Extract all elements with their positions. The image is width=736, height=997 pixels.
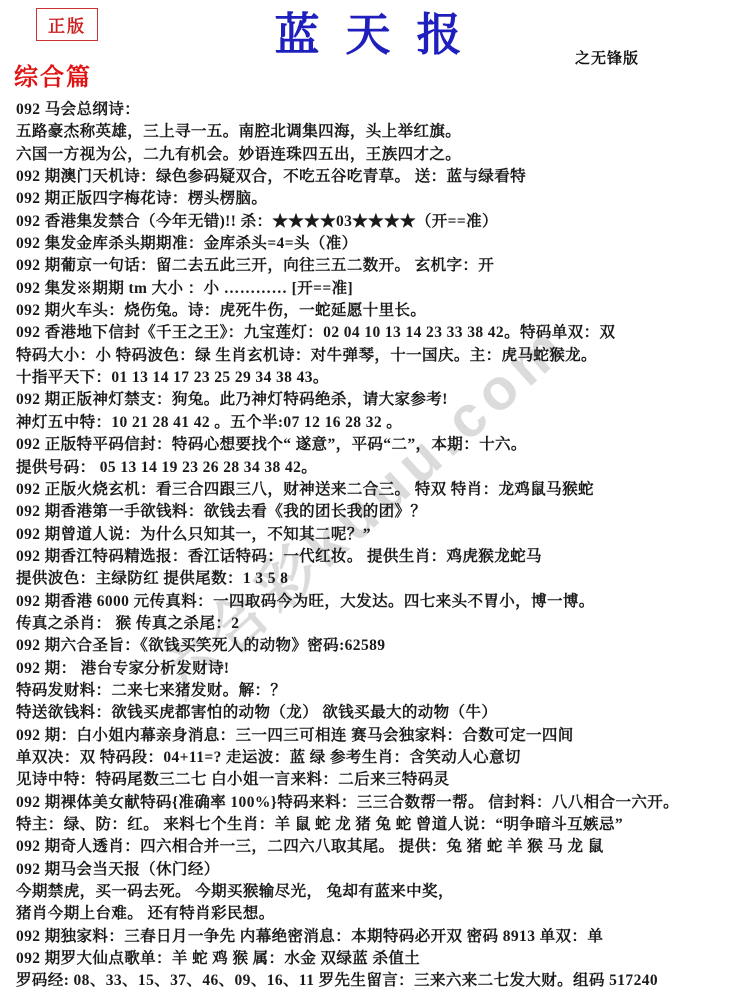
report-line: 092 马会总纲诗： <box>16 99 732 121</box>
report-line: 092 香港集发禁合（今年无错)!! 杀：★★★★03★★★★（开==准） <box>16 211 732 233</box>
report-line: 092 期裸体美女献特码{准确率 100%}特码来料：三三合数帮一帮。 信封料：… <box>16 792 732 814</box>
report-line: 罗码经: 08、33、15、37、46、09、16、11 罗先生留言：三来六来二… <box>16 970 732 992</box>
report-line: 五路豪杰称英雄，三上寻一五。南腔北调集四海，头上举红旗。 <box>16 121 732 143</box>
report-line: 092 期香港第一手欲钱料：欲钱去看《我的团长我的团》？ <box>16 501 732 523</box>
report-line: 092 期独家料：三春日月一争先 内幕绝密消息：本期特码必开双 密码 8913 … <box>16 926 732 948</box>
report-line: 见诗中特：特码尾数三二七 白小姐一言来料：二后来三特码灵 <box>16 769 732 791</box>
report-line: 特主：绿、防：红。 来料七个生肖：羊 鼠 蛇 龙 猪 兔 蛇 曾道人说：“明争暗… <box>16 814 732 836</box>
report-line: 092 集发※期期 tm 大小 ：小 ………… [开==准] <box>16 278 732 300</box>
report-line: 猪肖今期上台难。 还有特肖彩民想。 <box>16 903 732 925</box>
report-line: 提供号码： 05 13 14 19 23 26 28 34 38 42。 <box>16 457 732 479</box>
report-line: 092 期澳门天机诗：绿色参码疑双合，不吃五谷吃青草。 送：蓝与绿看特 <box>16 166 732 188</box>
report-line: 提供波色：主绿防红 提供尾数：1 3 5 8 <box>16 568 732 590</box>
report-line: 092 期火车头：烧伤兔。诗：虎死牛伤，一蛇延愿十里长。 <box>16 300 732 322</box>
section-heading: 综合篇 <box>14 57 92 92</box>
report-line: 092 期曾道人说：为什么只知其一，不知其二呢？” <box>16 524 732 546</box>
report-line: 特码大小：小 特码波色：绿 生肖玄机诗：对牛弹琴，十一国庆。主：虎马蛇猴龙。 <box>16 345 732 367</box>
report-line: 十指平天下：01 13 14 17 23 25 29 34 38 43。 <box>16 367 732 389</box>
report-line: 092 期罗大仙点歌单：羊 蛇 鸡 猴 属：水金 双绿蓝 杀值土 <box>16 948 732 970</box>
report-line: 单双决：双 特码段：04+11=? 走运波：蓝 绿 参考生肖：含笑动人心意切 <box>16 747 732 769</box>
report-line: 今期禁虎，买一码去死。 今期买猴输尽光， 兔却有蓝来中奖， <box>16 881 732 903</box>
report-line: 特码发财料：二来七来猪发财。解：？ <box>16 680 732 702</box>
report-line: 092 期奇人透肖：四六相合并一三，二四六八取其尾。 提供：兔 猪 蛇 羊 猴 … <box>16 836 732 858</box>
report-line: 092 正版特平码信封：特码心想要找个“ 遂意”，平码“二”，本期：十六。 <box>16 434 732 456</box>
report-line: 092 香港地下信封《千王之王》：九宝莲灯：02 04 10 13 14 23 … <box>16 322 732 344</box>
report-line: 092 期： 港台专家分析发财诗! <box>16 658 732 680</box>
report-line: 092 期正版神灯禁支：狗兔。此乃神灯特码绝杀，请大家参考! <box>16 389 732 411</box>
edition-label: 之无锋版 <box>575 47 639 68</box>
report-line: 092 集发金库杀头期期准：金库杀头=4=头（准） <box>16 233 732 255</box>
report-line: 092 期葡京一句话：留二去五此三开，向往三五二数开。 玄机字：开 <box>16 255 732 277</box>
report-line: 092 期：白小姐内幕亲身消息：三一四三可相连 赛马会独家料：合数可定一四间 <box>16 725 732 747</box>
report-line: 092 期香港 6000 元传真料：一四取码今为旺，大发达。四七来头不胃小，博一… <box>16 591 732 613</box>
report-line: 092 期六合圣旨：《欲钱买笑死人的动物》密码:62589 <box>16 635 732 657</box>
report-line: 六国一方视为公，二九有机会。妙语连珠四五出，王族四才之。 <box>16 144 732 166</box>
report-line: 神灯五中特：10 21 28 41 42 。五个半:07 12 16 28 32… <box>16 412 732 434</box>
report-line: 092 期马会当天报（休门经） <box>16 859 732 881</box>
report-body: 092 马会总纲诗： 五路豪杰称英雄，三上寻一五。南腔北调集四海，头上举红旗。 … <box>16 99 732 993</box>
report-line: 092 期正版四字梅花诗：楞头楞脑。 <box>16 188 732 210</box>
report-line: 特送欲钱料：欲钱买虎都害怕的动物（龙） 欲钱买最大的动物（牛） <box>16 702 732 724</box>
report-line: 传真之杀肖： 猴 传真之杀尾：2 <box>16 613 732 635</box>
report-line: 092 正版火烧玄机：看三合四跟三八，财神送来二合三。 特双 特肖：龙鸡鼠马猴蛇 <box>16 479 732 501</box>
report-line: 092 期香江特码精选报：香江话特码：一代红妆。 提供生肖：鸡虎猴龙蛇马 <box>16 546 732 568</box>
